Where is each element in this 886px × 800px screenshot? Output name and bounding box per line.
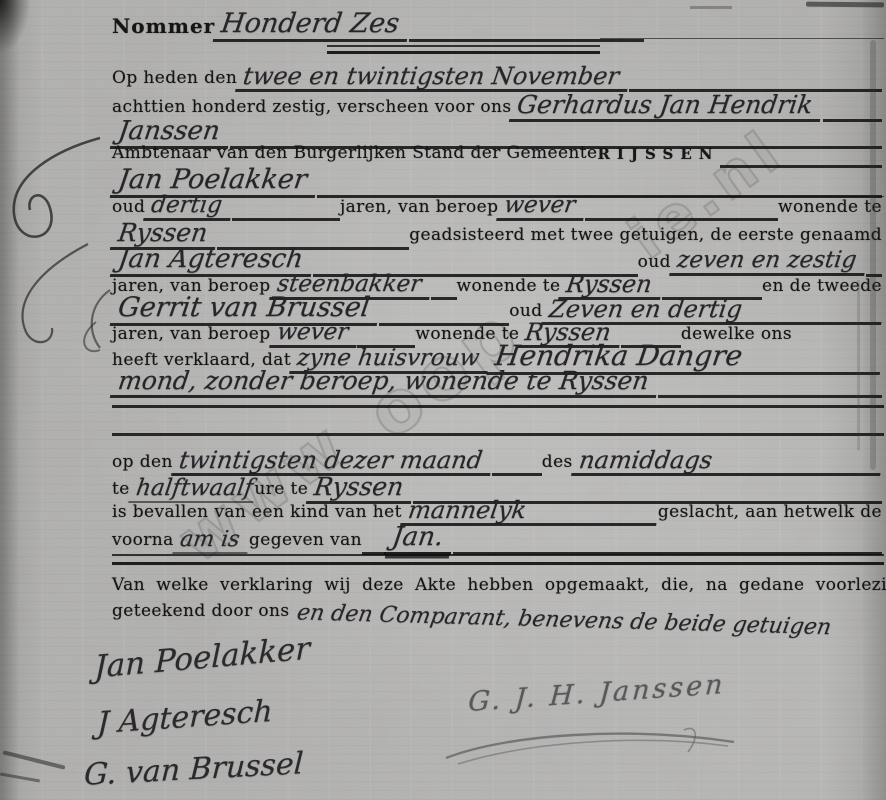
signature-declarant: Jan Poelakker [94,630,310,685]
child-line-2: geslacht, aan hetwelk de [658,503,882,527]
act-mother-line2: mond, zonder beroep, wonende te Ryssen [112,368,882,398]
closing-text-2: geteekend door ons [112,602,289,626]
scan-smudge [2,750,65,769]
scan-smudge [690,6,732,9]
birth-day-label: op den [112,453,173,477]
firstname-label: gegeven van [249,531,362,555]
signature-flourish [438,722,748,772]
number-label: Nommer [112,15,215,42]
child-line-1: is bevallen van een kind van het [112,503,402,527]
signature-registrar: G. J. H. Janssen [467,669,726,718]
birth-daypart: namiddags [571,448,884,476]
act-child-name-line: voorna am is gegeven van Jan. [112,524,882,555]
firstname-prefix: voorna [112,531,174,555]
act-date-line: Op heden den twee en twintigsten Novembe… [112,64,882,92]
act-declarant-details-line: oud dertig jaren, van beroep wever wonen… [112,194,882,221]
margin-flourish [80,286,120,356]
child-name: Jan. [384,524,455,555]
signature-witness2: G. van Brussel [83,746,304,793]
mother-phrase-2: mond, zonder beroep, wonende te Ryssen [110,368,660,398]
firstname-hw-infix: am is [172,529,251,554]
date-value: twee en twintigsten November [235,64,631,92]
act-birthday-line: op den twintigsten dezer maand des namid… [112,448,882,476]
date-intro: Op heden den [112,69,237,93]
ruled-line [453,540,882,555]
ruled-line [112,405,884,408]
signature-witness1: J Agteresch [97,694,274,741]
closing-handwritten: en den Comparant, benevens de beide getu… [289,602,843,641]
scan-smudge [806,2,884,8]
act-number-line: Nommer Honderd Zes [112,10,644,42]
section-separator [112,554,884,565]
act-number-value: Honderd Zes [213,10,411,42]
ruled-line [112,433,884,436]
ruled-line [658,383,882,398]
birth-daypart-label: des [542,453,573,477]
closing-text-1: Van welke verklaring wij deze Akte hebbe… [112,576,886,600]
act-closing-line2: geteekend door ons en den Comparant, ben… [112,602,882,626]
ruled-line [409,27,644,42]
scan-smudge [0,773,40,783]
declarant-occupation: wever [497,194,588,221]
occupation-label: jaren, van beroep [340,198,499,222]
residence-label: wonende te [778,198,882,222]
act-closing-line1: Van welke verklaring wij deze Akte hebbe… [112,576,882,600]
act-child-gender-line: is bevallen van een kind van het mannely… [112,498,882,526]
ruled-line [327,45,600,54]
ruled-line [362,540,386,555]
scan-corner-smudge [0,0,30,52]
act-declarant-line: Jan Poelakker [112,166,882,198]
document-page: www oop ie.nl Nommer Honderd Zes Op hede… [0,0,886,800]
municipality-name: RIJSSEN [597,145,719,168]
